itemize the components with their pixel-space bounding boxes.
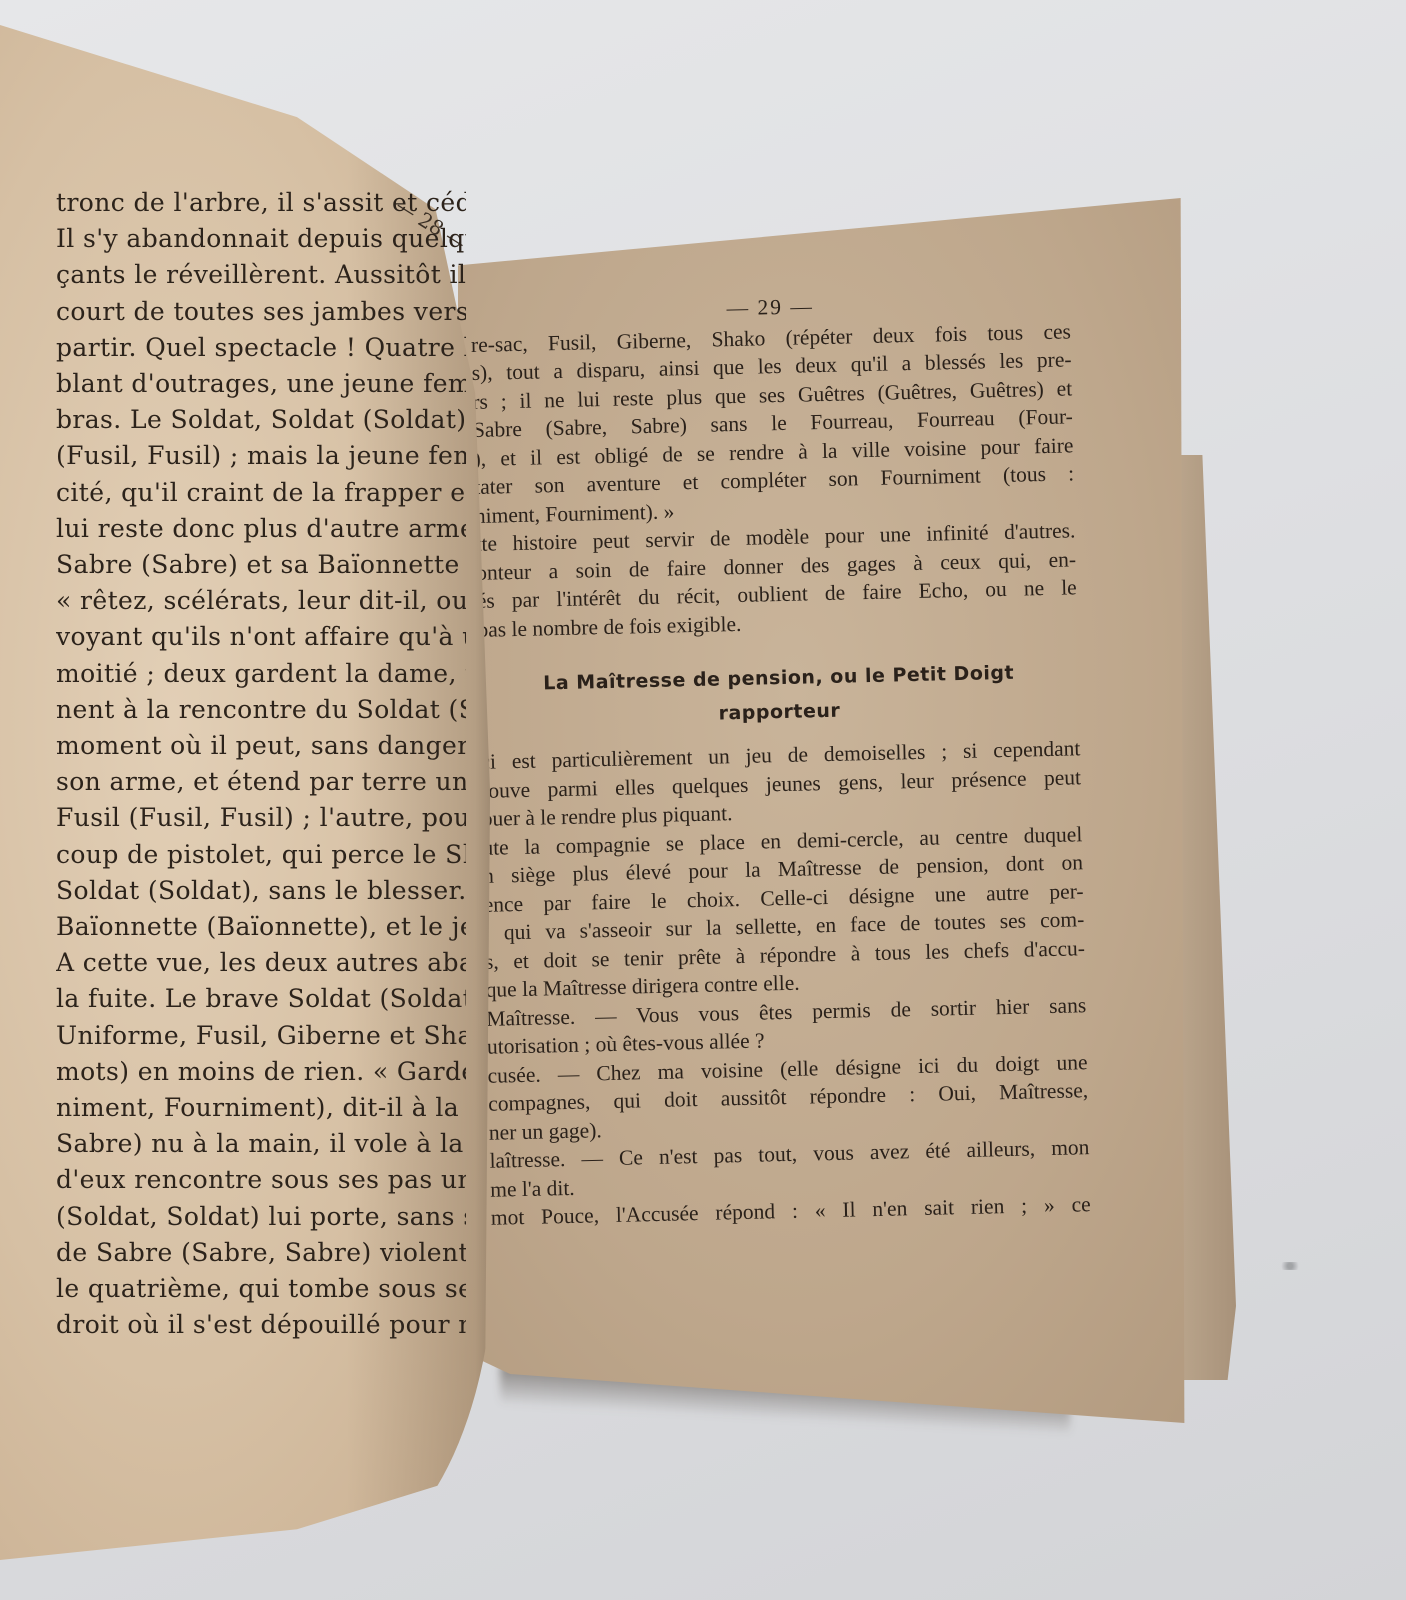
text-line: mots) en moins de rien. « Gardez au [56, 1054, 466, 1090]
text-line: nent à la rencontre du Soldat (Soldat [56, 692, 466, 728]
text-line: d'eux rencontre sous ses pas une [56, 1162, 466, 1198]
paragraph-1: re-sac, Fusil, Giberne, Shako (répéter d… [471, 317, 1075, 530]
text-line: de Sabre (Sabre, Sabre) violent, et [56, 1235, 466, 1271]
dust-speck [1278, 1262, 1302, 1270]
text-line: moment où il peut, sans danger pour [56, 728, 466, 764]
text-line: « rêtez, scélérats, leur dit-il, ou par [56, 583, 466, 619]
text-line: Il s'y abandonnait depuis quelques [56, 221, 466, 257]
text-line: coup de pistolet, qui perce le Shako [56, 837, 466, 873]
text-line: Sabre) nu à la main, il vole à la pou [56, 1126, 466, 1162]
text-line: la fuite. Le brave Soldat (Soldat, Sold [56, 981, 466, 1017]
right-page-text: — 29 — re-sac, Fusil, Giberne, Shako (ré… [470, 286, 1091, 1232]
text-line: partir. Quel spectacle ! Quatre briga [56, 330, 466, 366]
text-line: Fusil (Fusil, Fusil) ; l'autre, pour ven… [56, 800, 466, 836]
text-line: tronc de l'arbre, il s'assit et céda [56, 185, 466, 221]
text-line: cité, qu'il craint de la frapper en [56, 475, 466, 511]
text-line: Baïonnette (Baïonnette), et le jette [56, 909, 466, 945]
underlying-page-edge [1180, 455, 1236, 1380]
text-line: Sabre (Sabre) et sa Baïonnette (Baïo [56, 547, 466, 583]
text-line: lui reste donc plus d'autre arme à [56, 511, 466, 547]
paragraph-3: ci est particulièrement un jeu de demois… [480, 734, 1082, 833]
paragraph-4: ute la compagnie se place en demi-cercle… [482, 820, 1086, 1005]
text-line: Uniforme, Fusil, Giberne et Shako [56, 1018, 466, 1054]
text-line: Soldat (Soldat), sans le blesser. Celui [56, 873, 466, 909]
text-line: blant d'outrages, une jeune femme [56, 366, 466, 402]
text-line: court de toutes ses jambes vers l'en [56, 294, 466, 330]
text-line: (Soldat, Soldat) lui porte, sans s'arr [56, 1199, 466, 1235]
text-line: niment, Fourniment), dit-il à la bra [56, 1090, 466, 1126]
text-line: A cette vue, les deux autres abandon [56, 945, 466, 981]
section-title: La Maîtresse de pension, ou le Petit Doi… [478, 654, 1079, 736]
text-line: çants le réveillèrent. Aussitôt il arme [56, 257, 466, 293]
text-line: son arme, et étend par terre un des [56, 764, 466, 800]
text-line: bras. Le Soldat, Soldat (Soldat) les [56, 402, 466, 438]
text-line: voyant qu'ils n'ont affaire qu'à un seul [56, 619, 466, 655]
paragraph-2: tte histoire peut servir de modèle pour … [475, 516, 1077, 644]
dialogue: Maîtresse. — Vous vous êtes permis de so… [486, 991, 1091, 1233]
text-line: moitié ; deux gardent la dame, tandis [56, 656, 466, 692]
left-page-text: tronc de l'arbre, il s'assit et céda Il … [56, 185, 466, 1344]
book-photo: — 29 — re-sac, Fusil, Giberne, Shako (ré… [0, 0, 1406, 1600]
text-line: le quatrième, qui tombe sous ses coups [56, 1271, 466, 1307]
text-line: droit où il s'est dépouillé pour mieux [56, 1307, 466, 1343]
text-line: (Fusil, Fusil) ; mais la jeune femme [56, 438, 466, 474]
